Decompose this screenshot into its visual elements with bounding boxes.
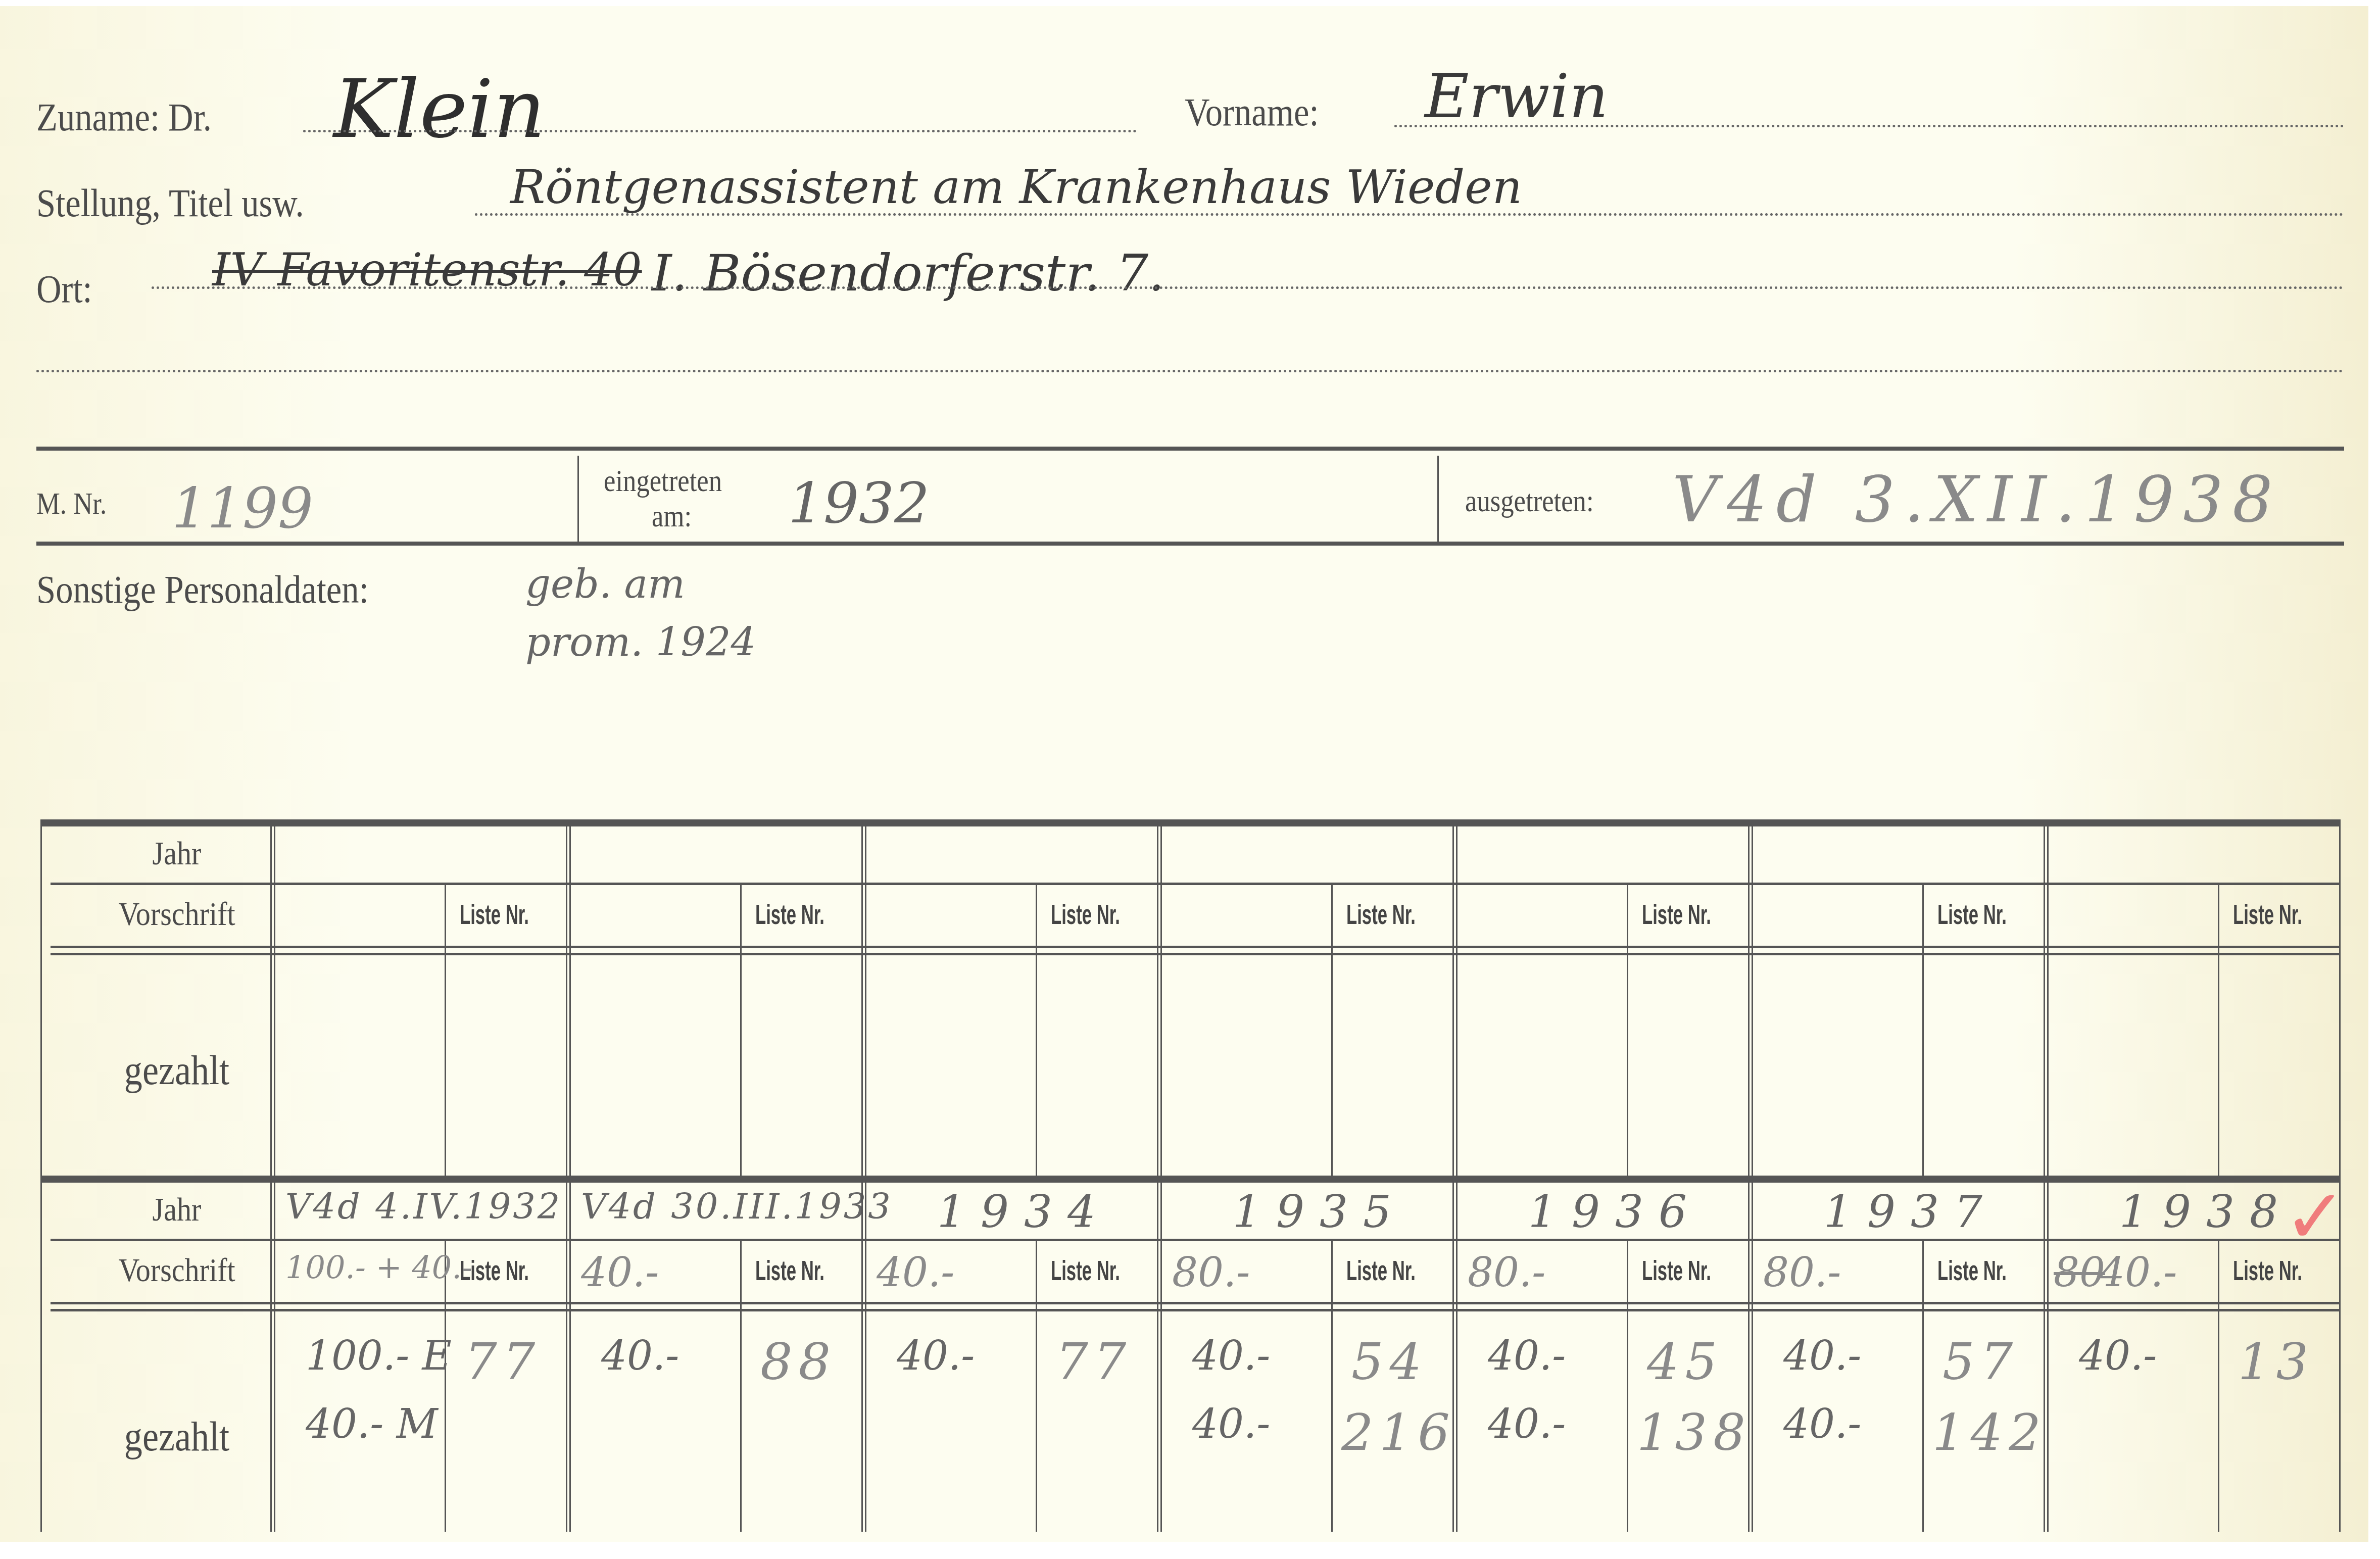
gezahlt-value-2: 40.- [1192, 1400, 1270, 1447]
liste-nr-header: Liste Nr. [1642, 898, 1711, 931]
zuname-value: Klein [333, 62, 546, 156]
mnr-value: 1199 [172, 476, 313, 541]
liste-column-divider [740, 885, 742, 1176]
year-column-divider [1157, 1183, 1162, 1532]
row-label-vorschrift: Vorschrift [75, 895, 279, 934]
row-label-jahr: Jahr [75, 1191, 279, 1229]
liste-nr-header: Liste Nr. [1346, 1254, 1416, 1287]
ort-value: I. Bösendorferstr. 7. [652, 243, 1164, 303]
year-column-divider [1452, 826, 1458, 1176]
ort-line [152, 286, 2344, 289]
stellung-value: Röntgenassistent am Krankenhaus Wieden [510, 160, 1522, 214]
liste-value-1: 88 [760, 1332, 837, 1391]
liste-column-divider [445, 885, 446, 1176]
liste-column-divider [1331, 885, 1333, 1176]
sonstige-line-2: prom. 1924 [525, 620, 756, 665]
band-divider-2 [1437, 456, 1439, 542]
gezahlt-value-1: 40.- [1192, 1332, 1270, 1379]
vorschrift-value: 100.- + 40.- [285, 1249, 472, 1286]
liste-nr-header: Liste Nr. [460, 898, 529, 931]
year-value: 1934 [877, 1186, 1111, 1238]
year-column-divider [2044, 826, 2049, 1176]
gezahlt-value-1: 40.- [897, 1332, 975, 1379]
table-left-border [40, 819, 42, 1176]
row-label-gezahlt: gezahlt [75, 1413, 279, 1460]
liste-nr-header: Liste Nr. [1937, 1254, 2007, 1287]
liste-value-1: 77 [465, 1332, 541, 1391]
gezahlt-value-1: 40.- [601, 1332, 679, 1379]
vorschrift-rule [51, 1239, 2339, 1241]
row-label-vorschrift: Vorschrift [75, 1251, 279, 1290]
row-label-gezahlt: gezahlt [75, 1047, 279, 1094]
eingetreten-value: 1932 [788, 471, 930, 535]
vorname-line [1394, 125, 2344, 127]
vorschrift-value: 40.- [877, 1249, 954, 1296]
gezahlt-value-1: 100.- E [306, 1332, 452, 1379]
year-column-divider [1748, 826, 1753, 1176]
liste-value-1: 45 [1647, 1332, 1723, 1391]
liste-column-divider [2218, 885, 2219, 1176]
eingetreten-label: eingetreten [604, 463, 722, 499]
zuname-label: Zuname: Dr. [36, 94, 212, 140]
liste-column-divider [1922, 885, 1924, 1176]
year-value: V4d 30.III.1933 [581, 1186, 893, 1227]
liste-column-divider [1922, 1241, 1924, 1532]
table-left-border [40, 1176, 42, 1532]
gezahlt-value-2: 40.- M [306, 1400, 438, 1447]
year-column-divider [566, 1183, 571, 1532]
gezahlt-rule-1 [51, 1302, 2339, 1304]
liste-nr-header: Liste Nr. [1642, 1254, 1711, 1287]
liste-column-divider [1036, 1241, 1037, 1532]
gezahlt-value-2: 40.- [1488, 1400, 1566, 1447]
liste-nr-header: Liste Nr. [2233, 898, 2302, 931]
year-value: 1935 [1172, 1186, 1406, 1238]
table-right-border [2339, 819, 2341, 1176]
check-mark-icon: ✓ [2284, 1173, 2347, 1261]
liste-column-divider [2218, 1241, 2219, 1532]
year-column-divider [270, 1183, 275, 1532]
liste-column-divider [1627, 885, 1628, 1176]
row-label-jahr: Jahr [75, 835, 279, 873]
liste-nr-header: Liste Nr. [1346, 898, 1416, 931]
gezahlt-rule-2 [51, 1309, 2339, 1311]
table-block-top-rule [40, 819, 2339, 826]
year-value: V4d 4.IV.1932 [285, 1186, 562, 1227]
gezahlt-rule-1 [51, 946, 2339, 948]
liste-value-1: 77 [1056, 1332, 1132, 1391]
liste-column-divider [1627, 1241, 1628, 1532]
mnr-label: M. Nr. [36, 486, 107, 522]
eingetreten-am-label: am: [652, 499, 692, 534]
divider-bottom [36, 542, 2344, 546]
vorschrift-rule [51, 883, 2339, 885]
zuname-line [303, 130, 1137, 132]
year-column-divider [1157, 826, 1162, 1176]
liste-column-divider [1331, 1241, 1333, 1532]
year-value: 1938 [2059, 1186, 2293, 1238]
vorname-value: Erwin [1425, 62, 1608, 132]
gezahlt-value-2: 40.- [1783, 1400, 1861, 1447]
vorname-label: Vorname: [1185, 89, 1319, 135]
year-column-divider [566, 826, 571, 1176]
ausgetreten-label: ausgetreten: [1465, 483, 1594, 519]
year-value: 1937 [1763, 1186, 1998, 1238]
sonstige-line-1: geb. am [525, 562, 685, 607]
year-column-divider [861, 826, 866, 1176]
liste-nr-header: Liste Nr. [1051, 898, 1120, 931]
year-column-divider [1748, 1183, 1753, 1532]
vorschrift-value: 40.- [2099, 1249, 2177, 1296]
year-value: 1936 [1468, 1186, 1702, 1238]
year-column-divider [861, 1183, 866, 1532]
liste-column-divider [1036, 885, 1037, 1176]
stellung-label: Stellung, Titel usw. [36, 180, 304, 226]
ort-label: Ort: [36, 266, 92, 312]
gezahlt-value-1: 40.- [2079, 1332, 2157, 1379]
gezahlt-value-1: 40.- [1783, 1332, 1861, 1379]
liste-nr-header: Liste Nr. [1051, 1254, 1120, 1287]
vorschrift-value: 80.- [1172, 1249, 1250, 1296]
stellung-line [475, 213, 2344, 216]
year-column-divider [2044, 1183, 2049, 1532]
gezahlt-value-1: 40.- [1488, 1332, 1566, 1379]
liste-nr-header: Liste Nr. [1937, 898, 2007, 931]
vorschrift-value: 80.- [1468, 1249, 1545, 1296]
sonstige-label: Sonstige Personaldaten: [36, 567, 369, 612]
blank-line [36, 370, 2344, 372]
membership-card: Zuname: Dr. Klein Vorname: Erwin Stellun… [0, 6, 2368, 1542]
liste-nr-header: Liste Nr. [755, 898, 824, 931]
vorschrift-struck-value: 80 [2054, 1249, 2105, 1296]
divider-top [36, 447, 2344, 451]
liste-column-divider [740, 1241, 742, 1532]
liste-value-1: 54 [1351, 1332, 1428, 1391]
vorschrift-value: 80.- [1763, 1249, 1841, 1296]
vorschrift-value: 40.- [581, 1249, 659, 1296]
liste-value-1: 57 [1942, 1332, 2019, 1391]
liste-value-2: 138 [1637, 1403, 1752, 1462]
table-block-top-rule [40, 1176, 2339, 1183]
liste-value-2: 216 [1341, 1403, 1456, 1462]
year-column-divider [270, 826, 275, 1176]
liste-value-2: 142 [1932, 1403, 2047, 1462]
year-column-divider [1452, 1183, 1458, 1532]
liste-value-1: 13 [2238, 1332, 2314, 1391]
band-divider-1 [577, 456, 579, 542]
liste-nr-header: Liste Nr. [755, 1254, 824, 1287]
gezahlt-rule-2 [51, 953, 2339, 955]
ausgetreten-value: V4d 3.XII.1938 [1672, 463, 2281, 537]
